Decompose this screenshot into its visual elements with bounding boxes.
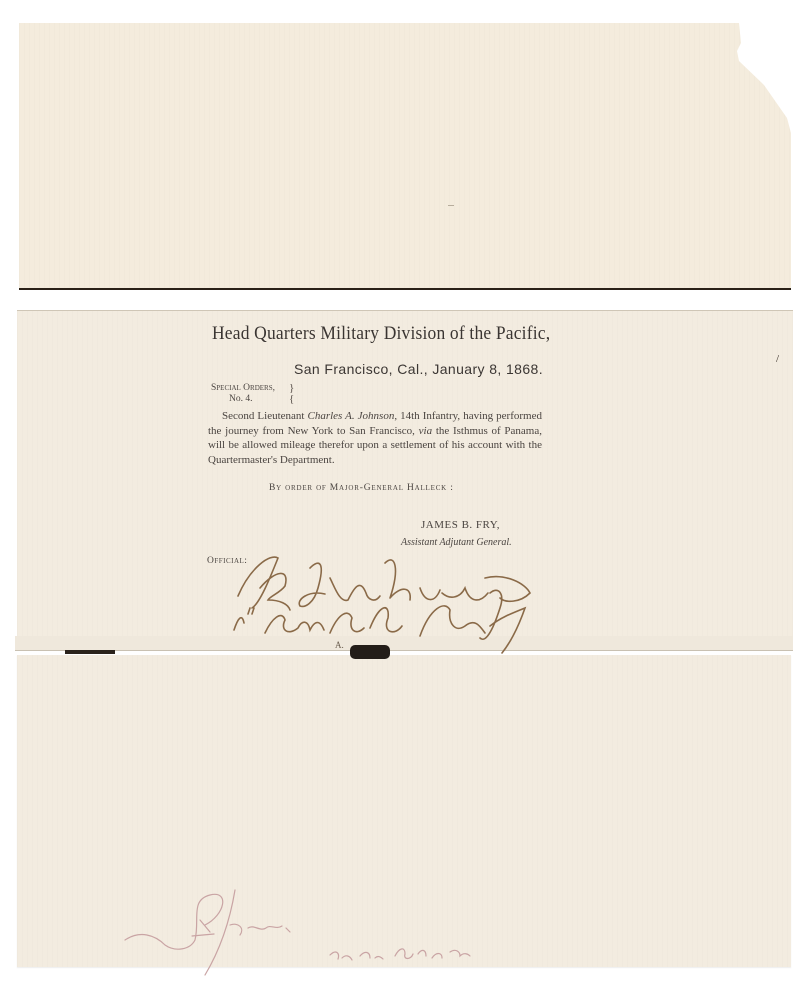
mark-a: A. <box>335 640 344 650</box>
ink-mark: / <box>776 353 779 365</box>
signer-title: Assistant Adjutant General. <box>401 537 512 548</box>
brace-mark: }{ <box>289 383 294 405</box>
signer-name: JAMES B. FRY, <box>421 519 500 531</box>
ink-blot <box>350 645 390 659</box>
by-order-line: By order of Major-General Halleck : <box>269 483 454 493</box>
tear-shadow <box>65 650 115 654</box>
officer-name: Charles A. Johnson <box>307 410 394 422</box>
handwritten-annotation: Lt. Johnson, Fr. Lt. On. Dept. Cala. <box>120 880 500 985</box>
paper-mark <box>448 205 454 206</box>
body-text-1: Second Lieutenant <box>222 410 307 422</box>
document-heading: Head Quarters Military Division of the P… <box>212 323 550 345</box>
document-top-fold <box>19 23 791 290</box>
special-orders-label: Special Orders, No. 4. <box>211 383 275 405</box>
handwritten-signature: R. E. DeRussy, 1st Lieut. 2nd Arty. A.A.… <box>230 548 550 663</box>
special-orders-title: Special Orders, <box>211 383 275 394</box>
order-body: Second Lieutenant Charles A. Johnson, 14… <box>208 409 542 467</box>
place-date: San Francisco, Cal., January 8, 1868. <box>294 361 543 377</box>
special-orders-number: No. 4. <box>211 394 275 405</box>
via-word: via <box>419 425 432 437</box>
